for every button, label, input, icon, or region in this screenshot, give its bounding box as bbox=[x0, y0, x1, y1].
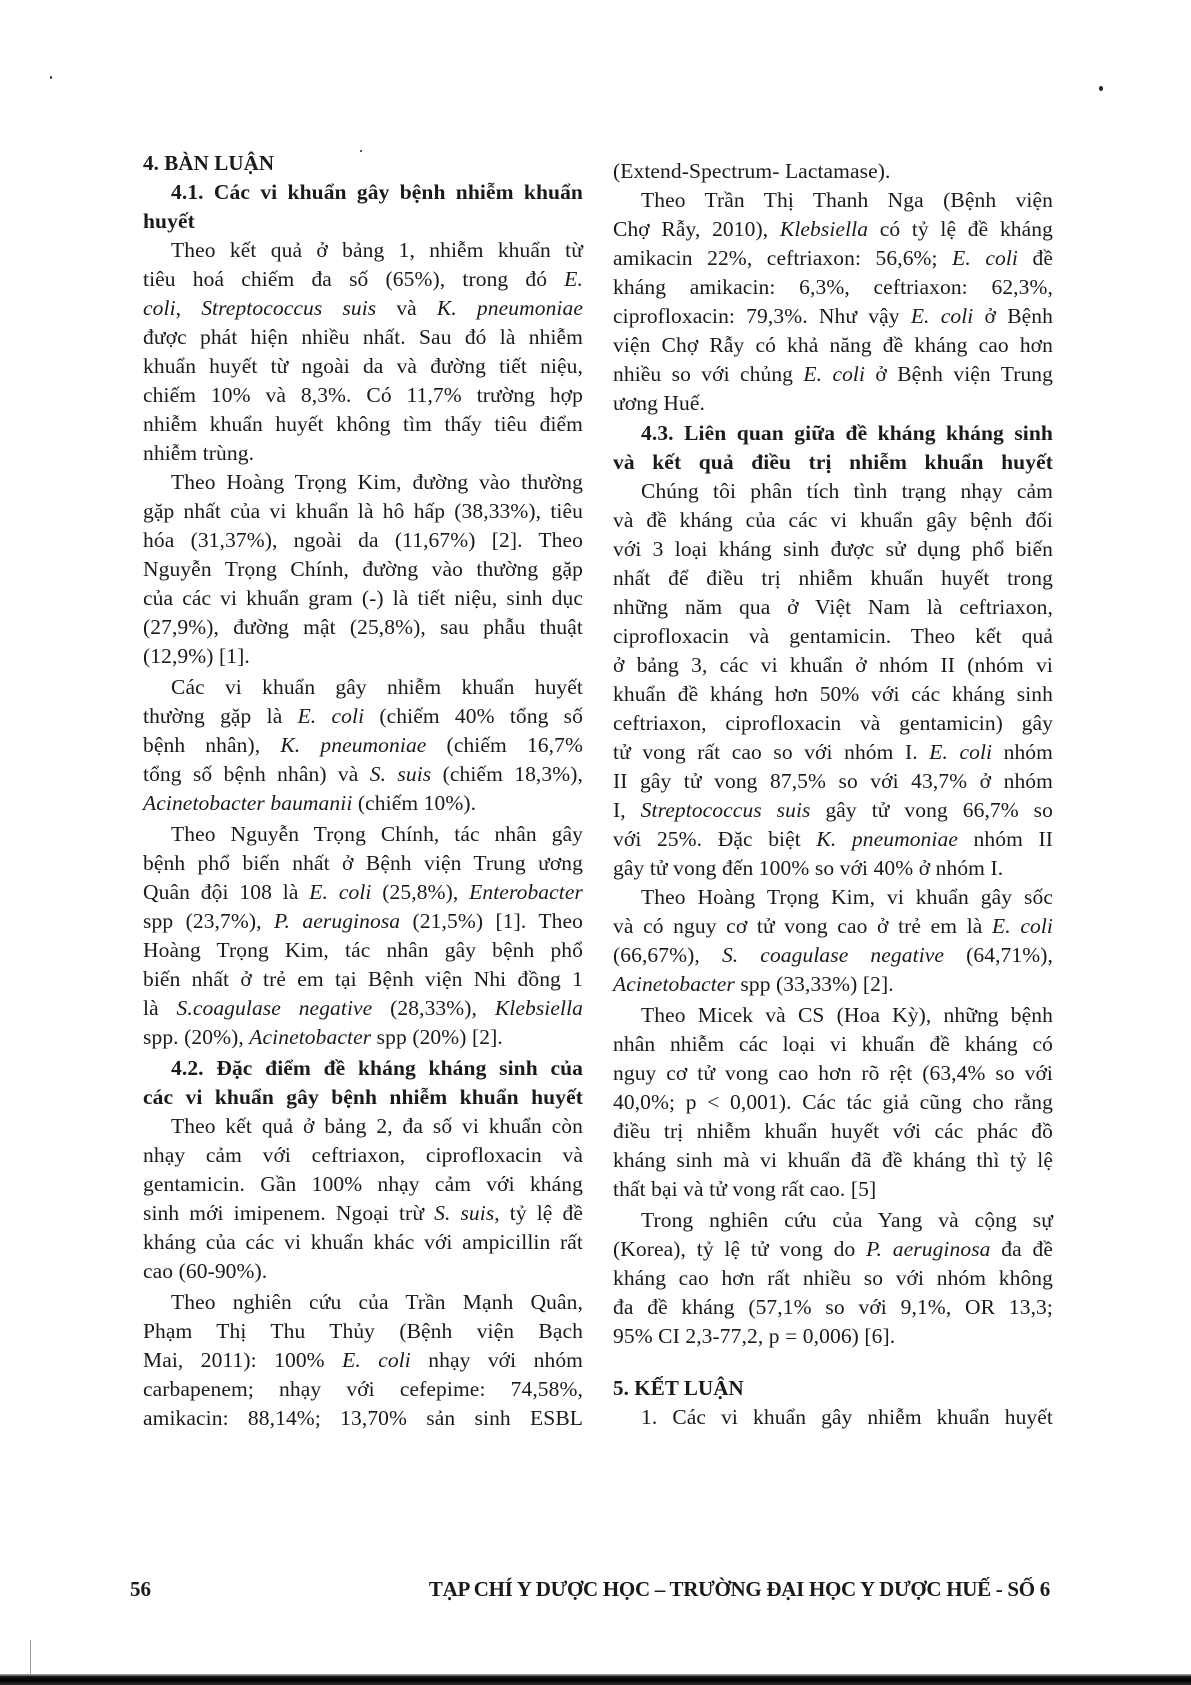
text-run: Trong nghiên cứu của Yang và cộng sự bbox=[641, 1208, 1053, 1232]
text-run: gây tử vong 66,7% so bbox=[811, 798, 1053, 822]
text-run: nhạy cảm với ceftriaxon, ciprofloxacin v… bbox=[143, 1143, 583, 1167]
italic-term: Streptococcus suis bbox=[201, 296, 376, 320]
text-line: kháng của các vi khuẩn khác với ampicill… bbox=[143, 1227, 583, 1258]
text-line: Phạm Thị Thu Thủy (Bệnh viện Bạch bbox=[143, 1316, 583, 1347]
journal-title: TẠP CHÍ Y DƯỢC HỌC – TRƯỜNG ĐẠI HỌC Y DƯ… bbox=[429, 1574, 1050, 1604]
text-line: với 25%. Đặc biệt K. pneumoniae nhóm II bbox=[613, 824, 1053, 855]
italic-term: S. suis bbox=[434, 1201, 494, 1225]
text-run: huyết bbox=[143, 209, 195, 233]
text-line: Chúng tôi phân tích tình trạng nhạy cảm bbox=[613, 476, 1053, 507]
text-run: Mai, 2011): 100% bbox=[143, 1348, 342, 1372]
text-line: khuẩn huyết từ ngoài da và đường tiết ni… bbox=[143, 351, 583, 382]
text-run: kháng amikacin: 6,3%, ceftriaxon: 62,3%, bbox=[613, 275, 1053, 299]
italic-term: S. coagulase negative bbox=[722, 943, 944, 967]
text-line: Acinetobacter baumanii (chiếm 10%). bbox=[143, 788, 583, 819]
text-line: nhất để điều trị nhiễm khuẩn huyết trong bbox=[613, 563, 1053, 594]
text-run: tử vong rất cao so với nhóm I. bbox=[613, 740, 929, 764]
text-run: II gây tử vong 87,5% so với 43,7% ở nhóm bbox=[613, 769, 1053, 793]
text-run: chiếm 10% và 8,3%. Có 11,7% trường hợp bbox=[143, 383, 583, 407]
text-line: spp (23,7%), P. aeruginosa (21,5%) [1]. … bbox=[143, 906, 583, 937]
text-line: tổng số bệnh nhân) và S. suis (chiếm 18,… bbox=[143, 759, 583, 790]
text-run: cao (60-90%). bbox=[143, 1259, 267, 1283]
text-run: thất bại và tử vong rất cao. [5] bbox=[613, 1177, 876, 1201]
text-run: kháng cao hơn rất nhiều so với nhóm khôn… bbox=[613, 1266, 1053, 1290]
italic-term: Klebsiella bbox=[780, 217, 868, 241]
text-run: ciprofloxacin: 79,3%. Như vậy bbox=[613, 304, 911, 328]
text-line: nhiễm trùng. bbox=[143, 438, 583, 469]
italic-term: Acinetobacter baumanii bbox=[143, 791, 352, 815]
text-run: I, bbox=[613, 798, 641, 822]
text-line: tử vong rất cao so với nhóm I. E. coli n… bbox=[613, 737, 1053, 768]
text-run: ở bảng 3, các vi khuẩn ở nhóm II (nhóm v… bbox=[613, 653, 1053, 677]
text-line: những năm qua ở Việt Nam là ceftriaxon, bbox=[613, 592, 1053, 623]
text-run: (chiếm 18,3%), bbox=[431, 762, 583, 786]
text-run: Theo Nguyễn Trọng Chính, tác nhân gây bbox=[171, 822, 583, 846]
text-line: nhiều so với chủng E. coli ở Bệnh viện T… bbox=[613, 359, 1053, 390]
text-line: Theo Hoàng Trọng Kim, vi khuẩn gây sốc bbox=[613, 882, 1053, 913]
text-line: Theo nghiên cứu của Trần Mạnh Quân, bbox=[143, 1287, 583, 1318]
text-line: ciprofloxacin: 79,3%. Như vậy E. coli ở … bbox=[613, 301, 1053, 332]
text-line: Acinetobacter spp (33,33%) [2]. bbox=[613, 969, 1053, 1000]
scan-speck bbox=[50, 76, 52, 79]
text-run: carbapenem; nhạy với cefepime: 74,58%, bbox=[143, 1377, 583, 1401]
italic-term: P. aeruginosa bbox=[274, 909, 400, 933]
text-run: ương Huế. bbox=[613, 391, 705, 415]
text-run: Chợ Rẫy, 2010), bbox=[613, 217, 780, 241]
text-line: ceftriaxon, ciprofloxacin và gentamicin)… bbox=[613, 708, 1053, 739]
text-run: biến nhất ở trẻ em tại Bệnh viện Nhi đồn… bbox=[143, 967, 583, 991]
text-run: Phạm Thị Thu Thủy (Bệnh viện Bạch bbox=[143, 1319, 583, 1343]
text-run: gây tử vong đến 100% so với 40% ở nhóm I… bbox=[613, 856, 1003, 880]
italic-term: Acinetobacter bbox=[613, 972, 735, 996]
italic-term: E. coli bbox=[309, 880, 371, 904]
section-heading-line: 4.1. Các vi khuẩn gây bệnh nhiễm khuẩn bbox=[143, 177, 583, 208]
italic-term: E. coli bbox=[803, 362, 865, 386]
text-run: Theo Micek và CS (Hoa Kỳ), những bệnh bbox=[641, 1003, 1053, 1027]
text-run: Theo Trần Thị Thanh Nga (Bệnh viện bbox=[641, 188, 1053, 212]
scan-bottom-band bbox=[0, 1674, 1191, 1685]
text-run: Theo Hoàng Trọng Kim, đường vào thường bbox=[171, 470, 583, 494]
text-line: amikacin 22%, ceftriaxon: 56,6%; E. coli… bbox=[613, 243, 1053, 274]
section-heading-line: 5. KẾT LUẬN bbox=[613, 1373, 1053, 1404]
text-line: sinh mới imipenem. Ngoại trừ S. suis, tỷ… bbox=[143, 1198, 583, 1229]
page-footer: 56 TẠP CHÍ Y DƯỢC HỌC – TRƯỜNG ĐẠI HỌC Y… bbox=[130, 1574, 1050, 1604]
text-run: Theo nghiên cứu của Trần Mạnh Quân, bbox=[171, 1290, 583, 1314]
text-line: thất bại và tử vong rất cao. [5] bbox=[613, 1174, 1053, 1205]
text-run: tổng số bệnh nhân) và bbox=[143, 762, 370, 786]
text-run: 4.2. Đặc điểm đề kháng kháng sinh của bbox=[171, 1056, 583, 1080]
text-run: đa đề kháng (57,1% so với 9,1%, OR 13,3; bbox=[613, 1295, 1053, 1319]
text-line: thường gặp là E. coli (chiếm 40% tổng số bbox=[143, 701, 583, 732]
text-line: 95% CI 2,3-77,2, p = 0,006) [6]. bbox=[613, 1321, 1053, 1352]
text-run: nhiều so với chủng bbox=[613, 362, 803, 386]
text-line: Theo Micek và CS (Hoa Kỳ), những bệnh bbox=[613, 1000, 1053, 1031]
text-run: 4.1. Các vi khuẩn gây bệnh nhiễm khuẩn bbox=[171, 180, 583, 204]
text-line: nhân nhiễm các loại vi khuẩn đề kháng có bbox=[613, 1029, 1053, 1060]
text-run: gặp nhất của vi khuẩn là hô hấp (38,33%)… bbox=[143, 499, 583, 523]
text-line: (27,9%), đường mật (25,8%), sau phẫu thu… bbox=[143, 612, 583, 643]
italic-term: Klebsiella bbox=[495, 996, 583, 1020]
page-number: 56 bbox=[130, 1574, 151, 1604]
text-line: chiếm 10% và 8,3%. Có 11,7% trường hợp bbox=[143, 380, 583, 411]
text-run: (64,71%), bbox=[944, 943, 1053, 967]
text-run: spp (33,33%) [2]. bbox=[735, 972, 894, 996]
text-run: (chiếm 40% tổng số bbox=[364, 704, 583, 728]
text-run: nhạy với nhóm bbox=[411, 1348, 583, 1372]
text-run: và có nguy cơ tử vong cao ở trẻ em là bbox=[613, 914, 992, 938]
text-line: nhiễm khuẩn huyết không tìm thấy tiêu đi… bbox=[143, 409, 583, 440]
italic-term: S.coagulase negative bbox=[177, 996, 373, 1020]
text-run: và kết quả điều trị nhiễm khuẩn huyết bbox=[613, 450, 1053, 474]
document-page: 4. BÀN LUẬN4.1. Các vi khuẩn gây bệnh nh… bbox=[0, 0, 1191, 1685]
text-run: Quân đội 108 là bbox=[143, 880, 309, 904]
text-run: với 25%. Đặc biệt bbox=[613, 827, 816, 851]
text-run: được phát hiện nhiều nhất. Sau đó là nhi… bbox=[143, 325, 583, 349]
text-run: amikacin: 88,14%; 13,70% sản sinh ESBL bbox=[143, 1406, 583, 1430]
text-line: spp. (20%), Acinetobacter spp (20%) [2]. bbox=[143, 1022, 583, 1053]
text-line: (Extend-Spectrum- Lactamase). bbox=[613, 156, 1053, 187]
text-run: Nguyễn Trọng Chính, đường vào thường gặp bbox=[143, 557, 583, 581]
text-run: (66,67%), bbox=[613, 943, 722, 967]
italic-term: E. coli bbox=[342, 1348, 411, 1372]
text-run: nguy cơ tử vong cao hơn rõ rệt (63,4% so… bbox=[613, 1061, 1053, 1085]
text-run: , tỷ lệ đề bbox=[494, 1201, 583, 1225]
text-run: nhóm II bbox=[958, 827, 1053, 851]
italic-term: K. pneumoniae bbox=[816, 827, 958, 851]
text-run: là bbox=[143, 996, 177, 1020]
text-run: (25,8%), bbox=[371, 880, 469, 904]
text-run: đa đề bbox=[991, 1237, 1053, 1261]
text-run: Theo kết quả ở bảng 2, đa số vi khuẩn cò… bbox=[171, 1114, 583, 1138]
text-line: gặp nhất của vi khuẩn là hô hấp (38,33%)… bbox=[143, 496, 583, 527]
text-run: (21,5%) [1]. Theo bbox=[400, 909, 583, 933]
text-run: của các vi khuẩn gram (-) là tiết niệu, … bbox=[143, 586, 583, 610]
italic-term: E. coli bbox=[911, 304, 974, 328]
text-line: Chợ Rẫy, 2010), Klebsiella có tỷ lệ đề k… bbox=[613, 214, 1053, 245]
text-run: đề bbox=[1018, 246, 1053, 270]
text-line: khuẩn đề kháng hơn 50% với các kháng sin… bbox=[613, 679, 1053, 710]
text-line: II gây tử vong 87,5% so với 43,7% ở nhóm bbox=[613, 766, 1053, 797]
text-line: gentamicin. Gần 100% nhạy cảm với kháng bbox=[143, 1169, 583, 1200]
text-line: kháng amikacin: 6,3%, ceftriaxon: 62,3%, bbox=[613, 272, 1053, 303]
text-run: hóa (31,37%), ngoài da (11,67%) [2]. The… bbox=[143, 528, 583, 552]
text-run: 1. Các vi khuẩn gây nhiễm khuẩn huyết bbox=[641, 1405, 1053, 1429]
text-run: kháng của các vi khuẩn khác với ampicill… bbox=[143, 1230, 583, 1254]
text-run: (Korea), tỷ lệ tử vong do bbox=[613, 1237, 866, 1261]
text-line: (66,67%), S. coagulase negative (64,71%)… bbox=[613, 940, 1053, 971]
text-run: , bbox=[176, 296, 202, 320]
text-line: đa đề kháng (57,1% so với 9,1%, OR 13,3; bbox=[613, 1292, 1053, 1323]
italic-term: S. suis bbox=[370, 762, 432, 786]
text-run: spp (23,7%), bbox=[143, 909, 274, 933]
text-line: ciprofloxacin và gentamicin. Theo kết qu… bbox=[613, 621, 1053, 652]
text-run: 95% CI 2,3-77,2, p = 0,006) [6]. bbox=[613, 1324, 895, 1348]
text-run: có tỷ lệ đề kháng bbox=[868, 217, 1053, 241]
text-line: amikacin: 88,14%; 13,70% sản sinh ESBL bbox=[143, 1403, 583, 1434]
text-line: Các vi khuẩn gây nhiễm khuẩn huyết bbox=[143, 672, 583, 703]
text-line: Nguyễn Trọng Chính, đường vào thường gặp bbox=[143, 554, 583, 585]
text-line: và đề kháng của các vi khuẩn gây bệnh đố… bbox=[613, 505, 1053, 536]
text-line: Hoàng Trọng Kim, tác nhân gây bệnh phổ bbox=[143, 935, 583, 966]
italic-term: E. coli bbox=[952, 246, 1018, 270]
text-run: 4.3. Liên quan giữa đề kháng kháng sinh bbox=[641, 421, 1053, 445]
section-heading-line: huyết bbox=[143, 206, 583, 237]
text-line: Theo Trần Thị Thanh Nga (Bệnh viện bbox=[613, 185, 1053, 216]
text-run: Chúng tôi phân tích tình trạng nhạy cảm bbox=[641, 479, 1053, 503]
text-run: 4. BÀN LUẬN bbox=[143, 151, 274, 175]
text-run: Các vi khuẩn gây nhiễm khuẩn huyết bbox=[171, 675, 583, 699]
text-run: với 3 loại kháng sinh được sử dụng phổ b… bbox=[613, 537, 1053, 561]
section-heading-line: 4.3. Liên quan giữa đề kháng kháng sinh bbox=[613, 418, 1053, 449]
text-line: I, Streptococcus suis gây tử vong 66,7% … bbox=[613, 795, 1053, 826]
text-run: (Extend-Spectrum- Lactamase). bbox=[613, 159, 891, 183]
text-run: 40,0%; p < 0,001). Các tác giả cũng cho … bbox=[613, 1090, 1053, 1114]
text-run: các vi khuẩn gây bệnh nhiễm khuẩn huyết bbox=[143, 1085, 583, 1109]
text-run: và bbox=[376, 296, 437, 320]
text-run: thường gặp là bbox=[143, 704, 298, 728]
text-run: nhiễm khuẩn huyết không tìm thấy tiêu đi… bbox=[143, 412, 583, 436]
text-line: biến nhất ở trẻ em tại Bệnh viện Nhi đồn… bbox=[143, 964, 583, 995]
text-run: ở Bệnh bbox=[973, 304, 1053, 328]
text-run: nhiễm trùng. bbox=[143, 441, 254, 465]
text-run: khuẩn huyết từ ngoài da và đường tiết ni… bbox=[143, 354, 583, 378]
text-line: Mai, 2011): 100% E. coli nhạy với nhóm bbox=[143, 1345, 583, 1376]
text-run: amikacin 22%, ceftriaxon: 56,6%; bbox=[613, 246, 952, 270]
text-line: và có nguy cơ tử vong cao ở trẻ em là E.… bbox=[613, 911, 1053, 942]
text-line: bệnh nhân), K. pneumoniae (chiếm 16,7% bbox=[143, 730, 583, 761]
section-heading-line: các vi khuẩn gây bệnh nhiễm khuẩn huyết bbox=[143, 1082, 583, 1113]
text-line: với 3 loại kháng sinh được sử dụng phổ b… bbox=[613, 534, 1053, 565]
text-run: sinh mới imipenem. Ngoại trừ bbox=[143, 1201, 434, 1225]
text-run: điều trị nhiễm khuẩn huyết với các phác … bbox=[613, 1119, 1053, 1143]
text-line: 1. Các vi khuẩn gây nhiễm khuẩn huyết bbox=[613, 1402, 1053, 1433]
italic-term: P. aeruginosa bbox=[866, 1237, 990, 1261]
text-run: ở Bệnh viện Trung bbox=[865, 362, 1053, 386]
scan-speck bbox=[1099, 86, 1103, 91]
text-line: kháng cao hơn rất nhiều so với nhóm khôn… bbox=[613, 1263, 1053, 1294]
text-run: Theo Hoàng Trọng Kim, vi khuẩn gây sốc bbox=[641, 885, 1053, 909]
text-line: tiêu hoá chiếm đa số (65%), trong đó E. bbox=[143, 264, 583, 295]
italic-term: E. coli bbox=[298, 704, 365, 728]
text-run: Theo kết quả ở bảng 1, nhiễm khuẩn từ bbox=[171, 238, 583, 262]
italic-term: E. coli bbox=[992, 914, 1053, 938]
italic-term: Acinetobacter bbox=[249, 1025, 371, 1049]
text-line: Theo kết quả ở bảng 2, đa số vi khuẩn cò… bbox=[143, 1111, 583, 1142]
section-heading-line: và kết quả điều trị nhiễm khuẩn huyết bbox=[613, 447, 1053, 478]
text-line: coli, Streptococcus suis và K. pneumonia… bbox=[143, 293, 583, 324]
text-run: nhân nhiễm các loại vi khuẩn đề kháng có bbox=[613, 1032, 1053, 1056]
text-line: viện Chợ Rẫy có khả năng đề kháng cao hơ… bbox=[613, 330, 1053, 361]
text-run: ceftriaxon, ciprofloxacin và gentamicin)… bbox=[613, 711, 1053, 735]
text-run: bệnh nhân), bbox=[143, 733, 280, 757]
text-line: Theo Nguyễn Trọng Chính, tác nhân gây bbox=[143, 819, 583, 850]
text-line: ương Huế. bbox=[613, 388, 1053, 419]
text-line: (Korea), tỷ lệ tử vong do P. aeruginosa … bbox=[613, 1234, 1053, 1265]
italic-term: Streptococcus suis bbox=[641, 798, 811, 822]
text-run: (chiếm 16,7% bbox=[426, 733, 583, 757]
text-line: kháng sinh mà vi khuẩn đã đề kháng thì t… bbox=[613, 1145, 1053, 1176]
text-line: nguy cơ tử vong cao hơn rõ rệt (63,4% so… bbox=[613, 1058, 1053, 1089]
text-line: Theo Hoàng Trọng Kim, đường vào thường bbox=[143, 467, 583, 498]
text-run: bệnh phổ biến nhất ở Bệnh viện Trung ươn… bbox=[143, 851, 583, 875]
text-line: gây tử vong đến 100% so với 40% ở nhóm I… bbox=[613, 853, 1053, 884]
text-run: gentamicin. Gần 100% nhạy cảm với kháng bbox=[143, 1172, 583, 1196]
text-line: hóa (31,37%), ngoài da (11,67%) [2]. The… bbox=[143, 525, 583, 556]
text-line: được phát hiện nhiều nhất. Sau đó là nhi… bbox=[143, 322, 583, 353]
text-line: (12,9%) [1]. bbox=[143, 641, 583, 672]
text-line: Quân đội 108 là E. coli (25,8%), Enterob… bbox=[143, 877, 583, 908]
text-run: nhất để điều trị nhiễm khuẩn huyết trong bbox=[613, 566, 1053, 590]
text-line: ở bảng 3, các vi khuẩn ở nhóm II (nhóm v… bbox=[613, 650, 1053, 681]
text-run: ciprofloxacin và gentamicin. Theo kết qu… bbox=[613, 624, 1053, 648]
text-line: điều trị nhiễm khuẩn huyết với các phác … bbox=[613, 1116, 1053, 1147]
text-line: Trong nghiên cứu của Yang và cộng sự bbox=[613, 1205, 1053, 1236]
italic-term: E. bbox=[564, 267, 583, 291]
text-run: những năm qua ở Việt Nam là ceftriaxon, bbox=[613, 595, 1053, 619]
text-run: khuẩn đề kháng hơn 50% với các kháng sin… bbox=[613, 682, 1053, 706]
text-run: kháng sinh mà vi khuẩn đã đề kháng thì t… bbox=[613, 1148, 1053, 1172]
text-line: nhạy cảm với ceftriaxon, ciprofloxacin v… bbox=[143, 1140, 583, 1171]
text-run: spp. (20%), bbox=[143, 1025, 249, 1049]
text-line: Theo kết quả ở bảng 1, nhiễm khuẩn từ bbox=[143, 235, 583, 266]
text-line: của các vi khuẩn gram (-) là tiết niệu, … bbox=[143, 583, 583, 614]
text-run: spp (20%) [2]. bbox=[371, 1025, 503, 1049]
text-run: (12,9%) [1]. bbox=[143, 644, 250, 668]
text-run: tiêu hoá chiếm đa số (65%), trong đó bbox=[143, 267, 564, 291]
text-run: 5. KẾT LUẬN bbox=[613, 1376, 744, 1400]
italic-term: Enterobacter bbox=[469, 880, 583, 904]
section-heading-line: 4.2. Đặc điểm đề kháng kháng sinh của bbox=[143, 1053, 583, 1084]
text-line: là S.coagulase negative (28,33%), Klebsi… bbox=[143, 993, 583, 1024]
text-run: viện Chợ Rẫy có khả năng đề kháng cao hơ… bbox=[613, 333, 1053, 357]
italic-term: E. coli bbox=[929, 740, 992, 764]
text-run: Hoàng Trọng Kim, tác nhân gây bệnh phổ bbox=[143, 938, 583, 962]
text-run: (28,33%), bbox=[372, 996, 494, 1020]
text-run: và đề kháng của các vi khuẩn gây bệnh đố… bbox=[613, 508, 1053, 532]
scan-speck bbox=[360, 150, 362, 152]
text-run: nhóm bbox=[992, 740, 1053, 764]
text-line: cao (60-90%). bbox=[143, 1256, 583, 1287]
text-run: (chiếm 10%). bbox=[352, 791, 476, 815]
italic-term: coli bbox=[143, 296, 176, 320]
text-run: (27,9%), đường mật (25,8%), sau phẫu thu… bbox=[143, 615, 583, 639]
text-line: bệnh phổ biến nhất ở Bệnh viện Trung ươn… bbox=[143, 848, 583, 879]
section-heading-line: 4. BÀN LUẬN bbox=[143, 148, 583, 179]
italic-term: K. pneumoniae bbox=[280, 733, 426, 757]
italic-term: K. pneumoniae bbox=[437, 296, 583, 320]
text-line: carbapenem; nhạy với cefepime: 74,58%, bbox=[143, 1374, 583, 1405]
text-line: 40,0%; p < 0,001). Các tác giả cũng cho … bbox=[613, 1087, 1053, 1118]
